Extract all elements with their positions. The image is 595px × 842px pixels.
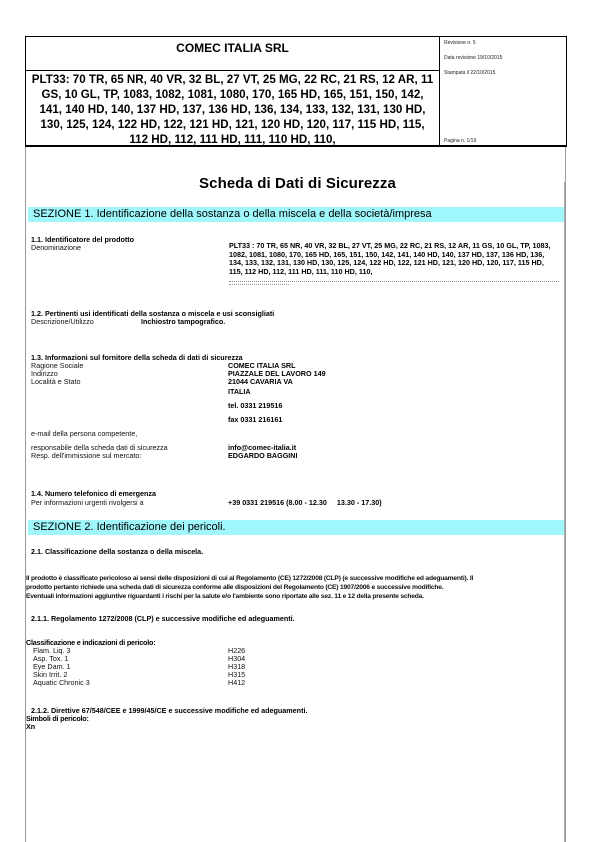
- paragraph-line: prodotto pertanto richiede una scheda da…: [26, 583, 571, 592]
- hazard-code: H412: [228, 678, 245, 687]
- revision-number: Revisione n. 5: [444, 40, 476, 46]
- company-name: COMEC ITALIA SRL: [26, 37, 439, 71]
- document-title: Scheda di Dati di Sicurezza: [0, 175, 595, 192]
- market-value: EDGARDO BAGGINI: [228, 451, 297, 460]
- header-left-cell: COMEC ITALIA SRL PLT33: 70 TR, 65 NR, 40…: [26, 37, 440, 145]
- section-2-header: SEZIONE 2. Identificazione dei pericoli.: [28, 520, 564, 535]
- hazard-class: Aquatic Chronic 3: [33, 678, 90, 687]
- page-border-right: [565, 147, 566, 842]
- section-1-header: SEZIONE 1. Identificazione della sostanz…: [28, 207, 564, 222]
- locality-value: 21044 CAVARIA VA: [228, 377, 293, 386]
- emergency-label: Per informazioni urgenti rivolgersi a: [31, 498, 144, 507]
- section-1-title: SEZIONE 1. Identificazione della sostanz…: [33, 208, 432, 220]
- page-border-right-inner: [564, 182, 565, 842]
- hazard-symbol: Xn: [26, 722, 35, 731]
- denomination-value: PLT33 : 70 TR, 65 NR, 40 VR, 32 BL, 27 V…: [229, 242, 559, 277]
- country-value: ITALIA: [228, 387, 251, 396]
- paragraph-line: Il prodotto è classificato pericoloso ai…: [26, 574, 571, 583]
- page-number: Pagina n. 1/19: [444, 138, 476, 144]
- classification-paragraph: Il prodotto è classificato pericoloso ai…: [26, 574, 571, 601]
- product-name: PLT33: 70 TR, 65 NR, 40 VR, 32 BL, 27 VT…: [26, 72, 439, 147]
- subsection-1-4-heading: 1.4. Numero telefonico di emergenza: [31, 489, 156, 498]
- document-header: COMEC ITALIA SRL PLT33: 70 TR, 65 NR, 40…: [25, 36, 567, 147]
- print-date: Stampata il 22/10/2015: [444, 70, 495, 76]
- locality-label: Località e Stato: [31, 377, 81, 386]
- paragraph-line: Eventuali informazioni aggiuntive riguar…: [26, 592, 571, 601]
- symbols-label: Simboli di pericolo:: [26, 714, 89, 723]
- section-2-title: SEZIONE 2. Identificazione dei pericoli.: [33, 521, 226, 533]
- telephone: tel. 0331 219516: [228, 401, 282, 410]
- fine-print-line-2: [229, 284, 289, 286]
- header-meta: Revisione n. 5 Data revisione 19/10/2015…: [442, 37, 566, 145]
- email-label-1: e-mail della persona competente,: [31, 429, 137, 438]
- subsection-2-1-1-heading: 2.1.1. Regolamento 1272/2008 (CLP) e suc…: [31, 614, 295, 623]
- market-label: Resp. dell'immissione sul mercato:: [31, 451, 141, 460]
- page-border-left: [25, 147, 26, 842]
- denomination-label: Denominazione: [31, 243, 81, 252]
- subsection-2-1-heading: 2.1. Classificazione della sostanza o de…: [31, 547, 203, 556]
- revision-date: Data revisione 19/10/2015: [444, 55, 502, 61]
- use-value: Inchiostro tampografico.: [141, 317, 225, 326]
- emergency-value: +39 0331 219516 (8.00 - 12.30 13.30 - 17…: [228, 498, 382, 507]
- use-label: Descrizione/Utilizzo: [31, 317, 94, 326]
- fax: fax 0331 216161: [228, 415, 282, 424]
